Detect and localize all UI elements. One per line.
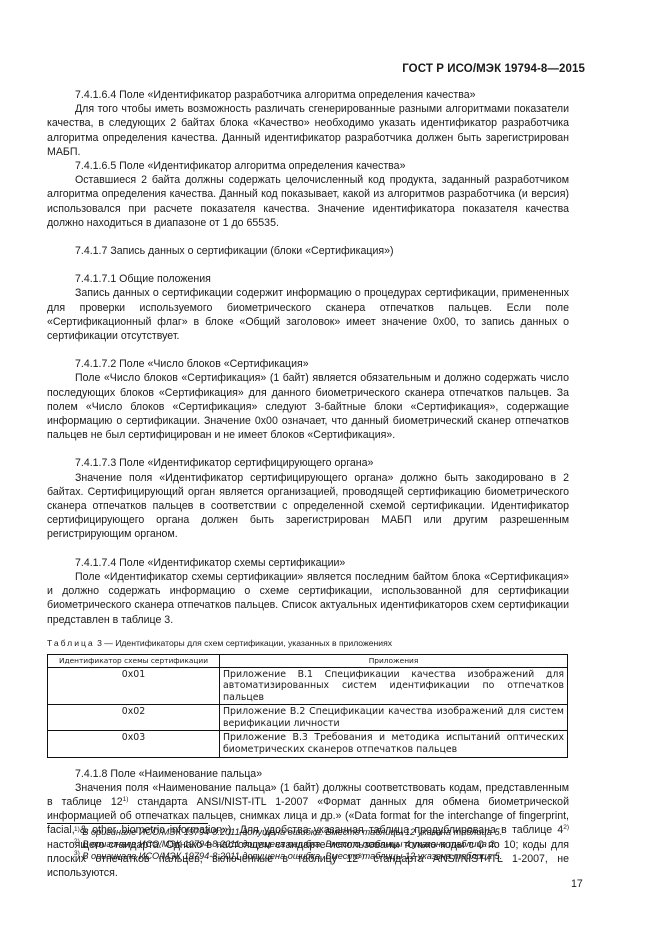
table-row: 0x03 Приложение В.3 Требования и методик…: [48, 731, 568, 757]
page-body: 7.4.1.6.4 Поле «Идентификатор разработчи…: [47, 88, 569, 880]
section-heading: 7.4.1.8 Поле «Наименование пальца»: [47, 767, 569, 781]
section-paragraph: Оставшиеся 2 байта должны содержать цело…: [47, 173, 569, 230]
spacer: [47, 343, 569, 357]
section-heading: 7.4.1.7.4 Поле «Идентификатор схемы серт…: [47, 556, 569, 570]
footnote-text: В оригинале ИСО/МЭК 19794-8:2011 допущен…: [80, 827, 502, 837]
section-paragraph: Для того чтобы иметь возможность различа…: [47, 102, 569, 159]
footnote-ref[interactable]: 2): [563, 824, 569, 831]
section-heading: 7.4.1.7.1 Общие положения: [47, 272, 569, 286]
section-heading: 7.4.1.7.2 Поле «Число блоков «Сертификац…: [47, 357, 569, 371]
table-caption: Таблица 3 — Идентификаторы для схем серт…: [47, 636, 569, 650]
section-heading: 7.4.1.6.5 Поле «Идентификатор алгоритма …: [47, 159, 569, 173]
page-number: 17: [571, 878, 583, 890]
table-row: 0x01 Приложение В.1 Спецификации качеств…: [48, 667, 568, 705]
footnote-text: В оригинале ИСО/МЭК 19794-8:2011 допущен…: [80, 851, 502, 861]
annex-cell: Приложение В.3 Требования и методика исп…: [220, 731, 568, 757]
annex-cell: Приложение В.2 Спецификации качества изо…: [220, 705, 568, 731]
certification-scheme-table: Идентификатор схемы сертификации Приложе…: [47, 654, 568, 758]
footnote: 3) В оригинале ИСО/МЭК 19794-8:2011 допу…: [74, 850, 502, 862]
section-paragraph: Поле «Число блоков «Сертификация» (1 бай…: [47, 371, 569, 442]
column-header-id: Идентификатор схемы сертификации: [48, 654, 220, 667]
table-row: 0x02 Приложение В.2 Спецификации качеств…: [48, 705, 568, 731]
scheme-id-cell: 0x02: [48, 705, 220, 731]
footnote-divider: [47, 823, 208, 824]
table-caption-label: Таблица: [47, 638, 95, 648]
footnote: 2) В оригинале ИСО/МЭК 19794-8:2011 допу…: [74, 838, 502, 850]
document-header: ГОСТ Р ИСО/МЭК 19794-8—2015: [402, 63, 585, 75]
column-header-annex: Приложения: [220, 654, 568, 667]
spacer: [47, 542, 569, 556]
section-heading: 7.4.1.6.4 Поле «Идентификатор разработчи…: [47, 88, 569, 102]
table-caption-text: 3 — Идентификаторы для схем сертификации…: [95, 638, 392, 648]
section-paragraph: Значение поля «Идентификатор сертифициру…: [47, 471, 569, 542]
spacer: [47, 758, 569, 767]
footnotes: 1) В оригинале ИСО/МЭК 19794-8:2011 допу…: [74, 826, 502, 862]
table-header-row: Идентификатор схемы сертификации Приложе…: [48, 654, 568, 667]
section-paragraph: Запись данных о сертификации содержит ин…: [47, 286, 569, 343]
footnote-text: В оригинале ИСО/МЭК 19794-8:2011 допущен…: [80, 839, 497, 849]
scheme-id-cell: 0x01: [48, 667, 220, 705]
section-heading: 7.4.1.7 Запись данных о сертификации (бл…: [47, 244, 569, 258]
footnote: 1) В оригинале ИСО/МЭК 19794-8:2011 допу…: [74, 826, 502, 838]
section-paragraph: Поле «Идентификатор схемы сертификации» …: [47, 570, 569, 627]
annex-cell: Приложение В.1 Спецификации качества изо…: [220, 667, 568, 705]
spacer: [47, 258, 569, 272]
section-heading: 7.4.1.7.3 Поле «Идентификатор сертифицир…: [47, 456, 569, 470]
spacer: [47, 627, 569, 636]
scheme-id-cell: 0x03: [48, 731, 220, 757]
spacer: [47, 442, 569, 456]
spacer: [47, 230, 569, 244]
